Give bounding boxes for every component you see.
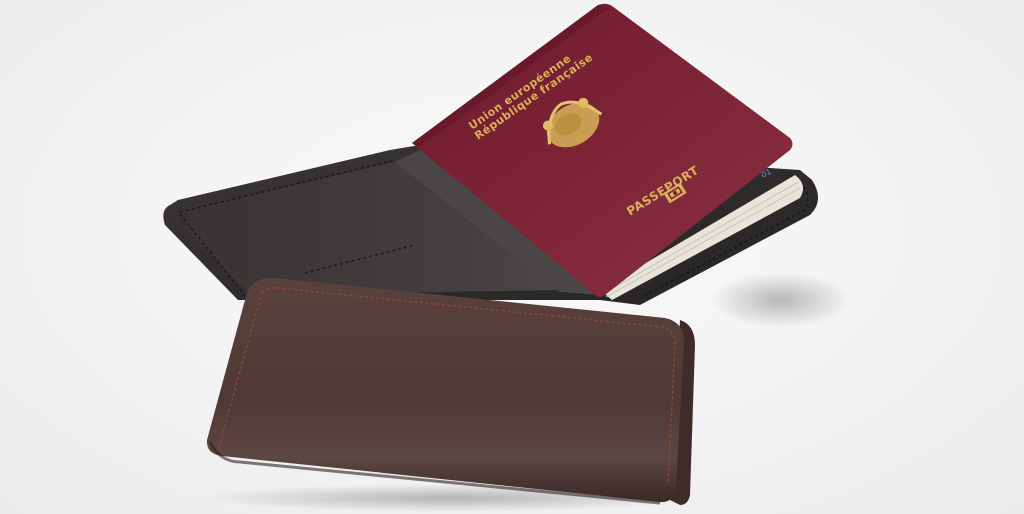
holder-shadow [710,272,850,328]
card-wallet [207,278,695,505]
product-photo: 01 Union européenne République française… [0,0,1024,514]
scene-illustration: 01 Union européenne République française… [0,0,1024,514]
